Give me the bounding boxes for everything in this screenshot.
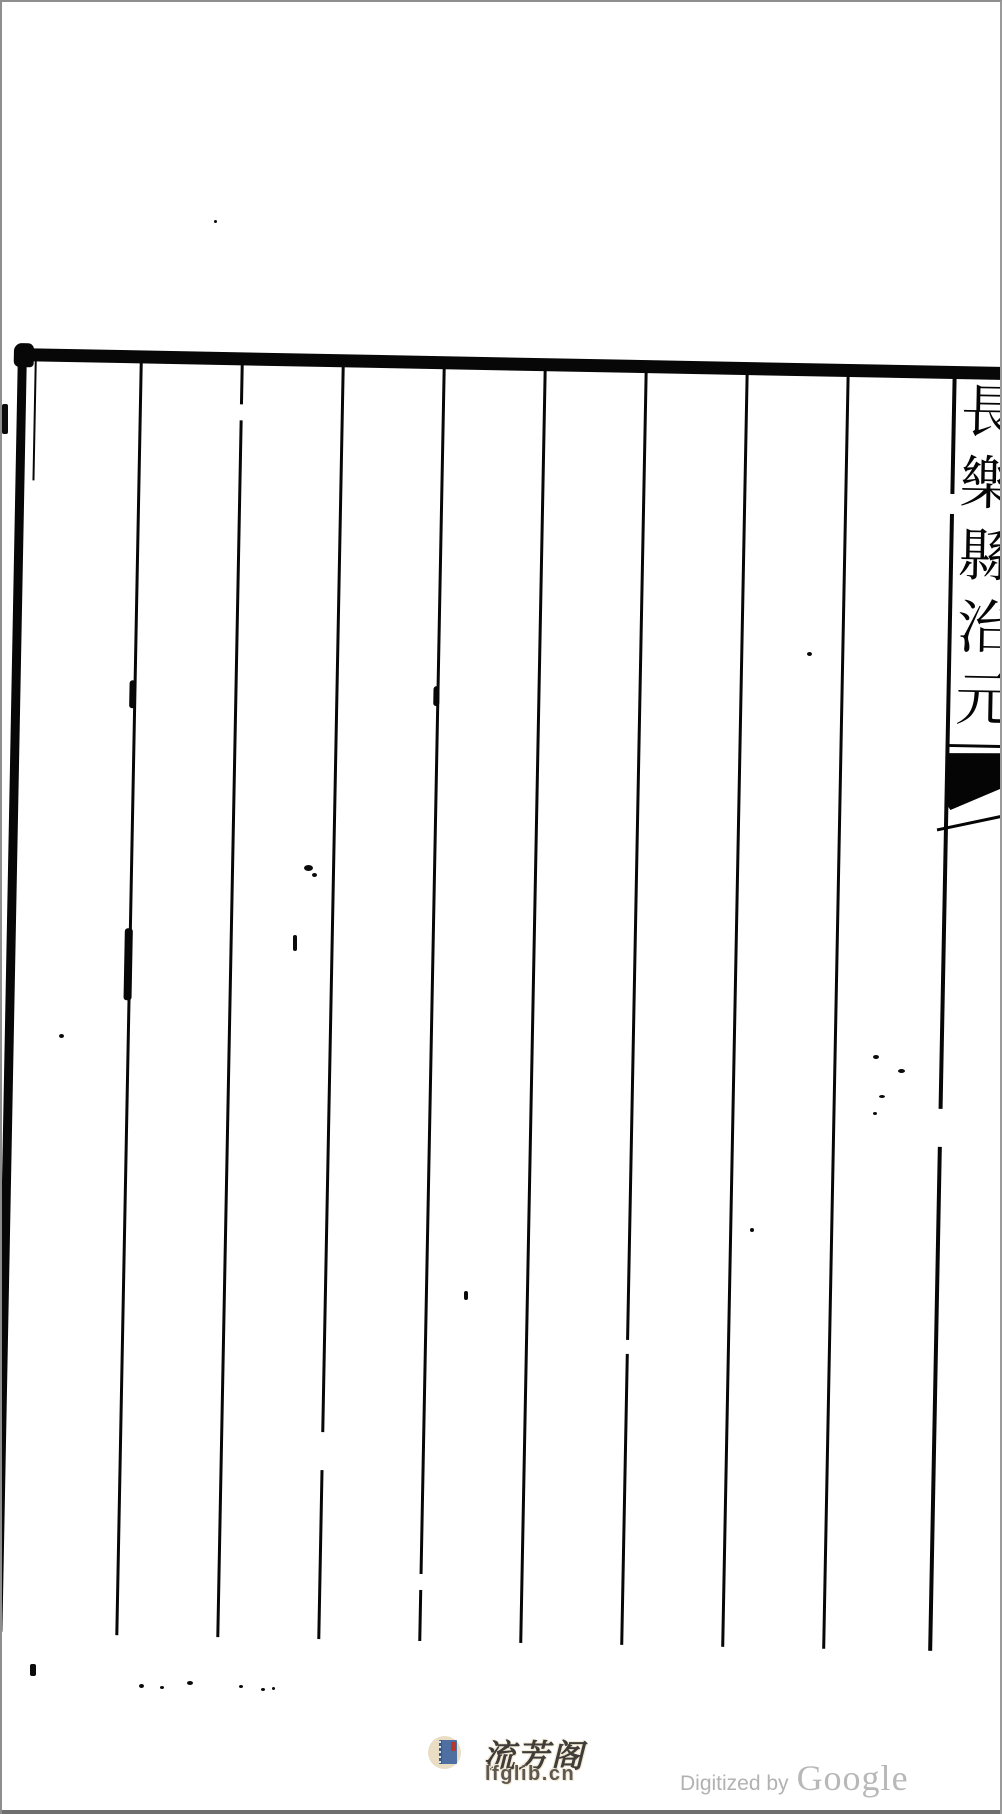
title-char: 治 [946, 596, 1002, 669]
ink-speck [304, 865, 313, 871]
column-line [418, 365, 445, 1641]
ink-speck [187, 1681, 193, 1685]
title-char: 長 [950, 380, 1002, 453]
book-title-label [451, 1742, 456, 1751]
left-border [0, 350, 27, 1634]
scanned-book-page: 長樂縣治元 流芳阁 lfglib.c [0, 0, 1002, 1814]
ink-speck [873, 1055, 879, 1059]
ink-speck [272, 1687, 275, 1690]
watermark-site-domain: lfglib.cn [485, 1763, 575, 1786]
ink-speck [59, 1034, 64, 1038]
ink-speck [807, 652, 812, 656]
ink-speck [139, 1684, 144, 1688]
top-border [18, 348, 1002, 380]
stitched-book-icon [439, 1740, 457, 1764]
book-stitch-detail [439, 1741, 441, 1763]
fold-strip-title: 長樂縣治元 [953, 380, 1002, 741]
title-char: 樂 [949, 452, 1002, 525]
title-char: 元 [945, 668, 1002, 741]
ink-speck [312, 873, 317, 877]
left-border-inner-line [32, 352, 36, 480]
ink-blob [433, 686, 439, 706]
watermark-badge [428, 1736, 461, 1769]
ink-speck [239, 1685, 243, 1688]
line-gap [237, 404, 247, 420]
digitized-by-label: Digitized by [680, 1772, 789, 1796]
ink-speck [214, 220, 217, 223]
column-line [519, 367, 546, 1643]
ink-speck [750, 1228, 754, 1232]
title-char: 縣 [947, 524, 1002, 597]
ink-speck [2, 404, 8, 434]
fishtail-mark [946, 752, 1002, 811]
google-logo: Google [797, 1757, 909, 1799]
column-line [216, 361, 243, 1637]
ink-speck [30, 1664, 36, 1676]
ink-blob [123, 928, 132, 1000]
ink-speck [898, 1069, 905, 1073]
line-gap [946, 494, 960, 514]
column-line [721, 371, 748, 1647]
ink-speck [261, 1688, 265, 1691]
ink-speck [160, 1686, 164, 1689]
line-gap [317, 1432, 330, 1470]
ink-speck [293, 935, 297, 951]
page-frame: 長樂縣治元 [0, 348, 1002, 1767]
ink-speck [873, 1112, 877, 1115]
ink-speck [464, 1291, 468, 1300]
line-gap [934, 1109, 949, 1147]
column-line [822, 373, 849, 1649]
line-gap [623, 1340, 633, 1354]
fold-strip-rule [947, 744, 1002, 748]
scan-bottom-edge [2, 1810, 1002, 1814]
ink-speck [879, 1095, 885, 1098]
line-gap [416, 1574, 426, 1590]
ink-blob [129, 680, 136, 708]
digitized-by-google: Digitized by Google [680, 1757, 909, 1799]
column-line [620, 369, 647, 1645]
